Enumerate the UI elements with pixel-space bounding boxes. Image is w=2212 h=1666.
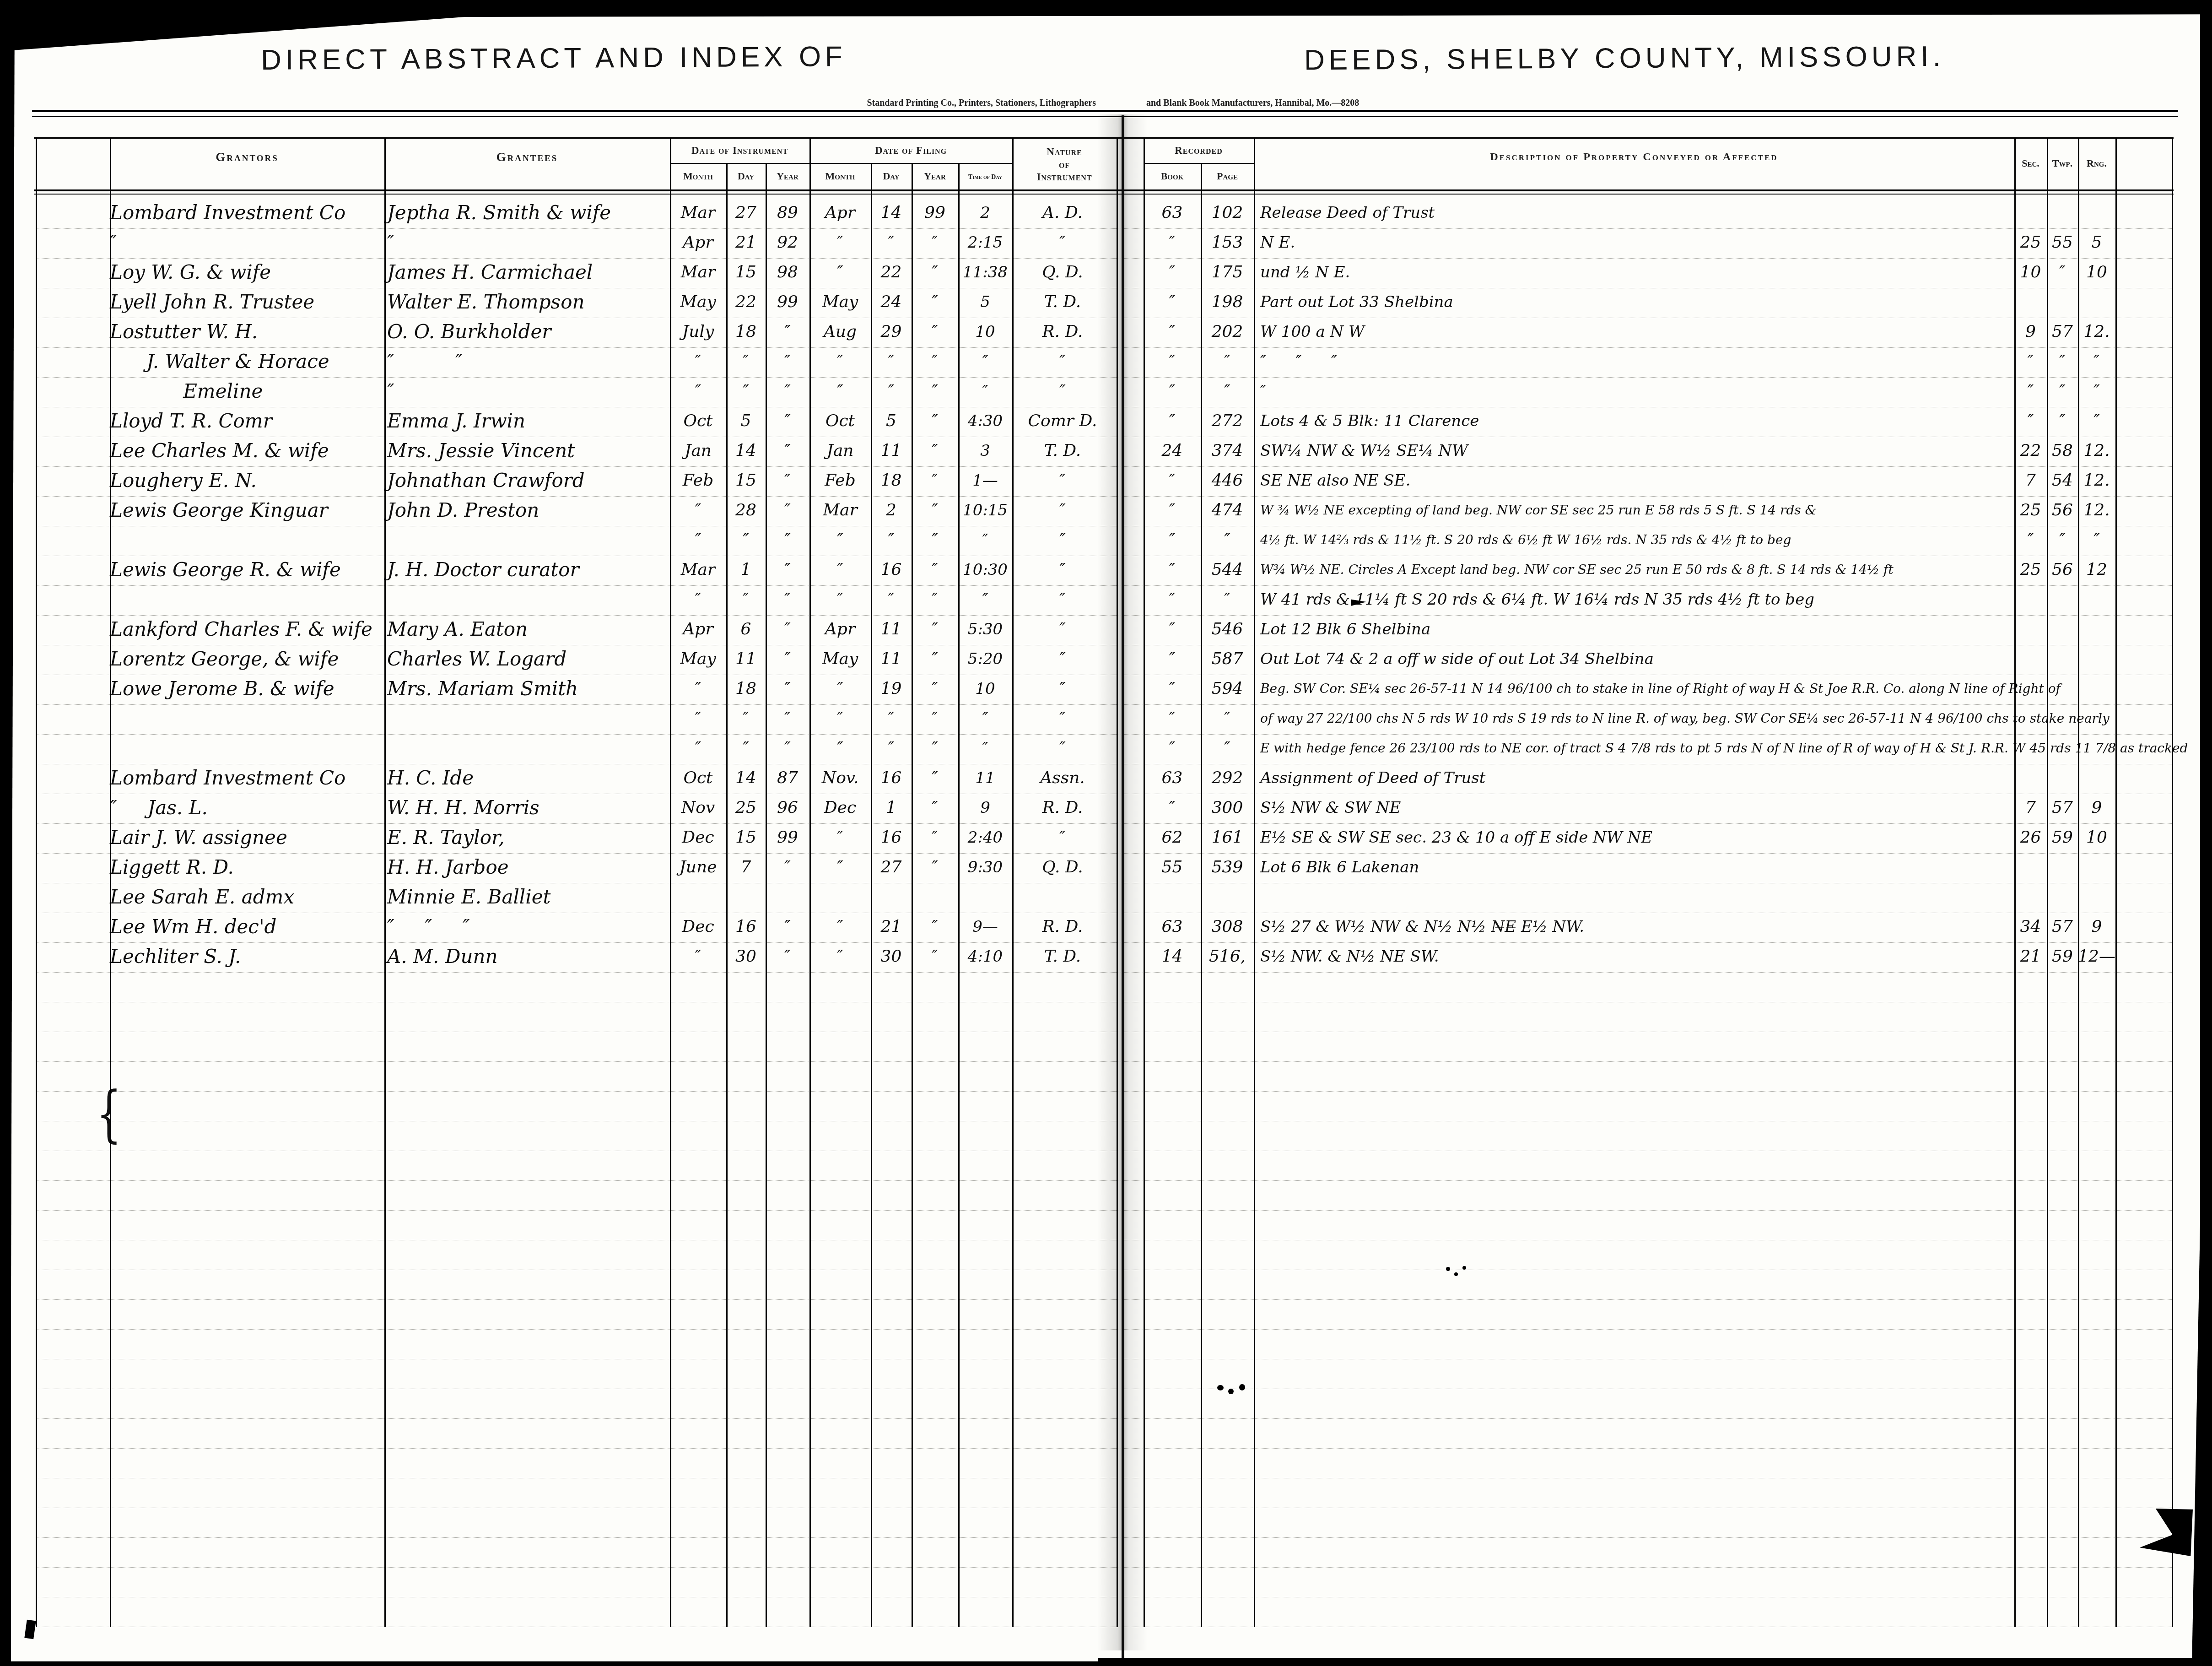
cell-df-day: 11 [871,616,912,645]
cell-di-month: ″ [670,526,726,556]
cell-rng: 9 [2078,794,2115,824]
cell-sec: 10 [2014,259,2047,288]
cell-rng [2078,735,2115,764]
cell-rng [2078,764,2115,794]
cell-grantee: Mrs. Jessie Vincent [387,437,668,467]
cell-df-month: Mar [809,497,871,526]
cell-di-day: 22 [726,288,766,318]
cell-grantor: ″ [110,229,384,259]
cell-grantee: W. H. H. Morris [387,794,668,824]
cell-page: 175 [1201,259,1254,288]
cell-desc: W 100 a N W [1260,318,2120,348]
cell-desc: E with hedge fence 26 23/100 rds to NE c… [1260,735,2120,764]
cell-desc: S½ 27 & W½ NW & N½ N½ N̶E̶ E½ NW. [1260,913,2120,943]
column-rule [958,163,960,1627]
cell-book: ″ [1144,318,1201,348]
cell-page [1201,883,1254,913]
cell-df-month: ″ [809,348,871,378]
cell-sec: ″ [2014,348,2047,378]
cell-grantee [387,705,668,735]
cell-grantee: Emma J. Irwin [387,407,668,437]
cell-df-month: ″ [809,526,871,556]
column-rule [871,163,872,1627]
cell-df-day: 14 [871,199,912,229]
cell-di-year: 89 [766,199,809,229]
cell-grantee: John D. Preston [387,497,668,526]
cell-df-day: 11 [871,645,912,675]
cell-di-day: 14 [726,437,766,467]
cell-grantor: Lowe Jerome B. & wife [110,675,384,705]
column-rule [2047,137,2048,1627]
cell-sec: 25 [2014,229,2047,259]
cell-twp: 57 [2047,794,2078,824]
cell-grantee: ″ [387,229,668,259]
cell-di-month: ″ [670,675,726,705]
cell-di-year: ″ [766,318,809,348]
cell-rng: 12. [2078,437,2115,467]
cell-df-month: ″ [809,259,871,288]
cell-grantor: Lee Charles M. & wife [110,437,384,467]
column-rule [726,163,728,1627]
cell-df-year: ″ [912,526,958,556]
scan-edge-bottom-right [1098,1658,2212,1666]
cell-df-day: 30 [871,943,912,973]
cell-desc: S½ NW. & N½ NE SW. [1260,943,2120,973]
cell-df-year: ″ [912,824,958,854]
cell-di-day: 18 [726,675,766,705]
cell-time: 9— [958,913,1012,943]
cell-di-day [726,883,766,913]
cell-df-month: Oct [809,407,871,437]
cell-sec [2014,288,2047,318]
cell-di-month: May [670,288,726,318]
cell-df-month: ″ [809,913,871,943]
cell-book: ″ [1144,407,1201,437]
cell-sec [2014,586,2047,616]
cell-di-day: 28 [726,497,766,526]
cell-page: 300 [1201,794,1254,824]
cell-di-month: ″ [670,497,726,526]
cell-rng [2078,616,2115,645]
cell-grantor: J. Walter & Horace [110,348,384,378]
cell-rng [2078,854,2115,883]
cell-di-day: 15 [726,259,766,288]
cell-book: ″ [1144,735,1201,764]
cell-di-year: ″ [766,378,809,407]
cell-page: 546 [1201,616,1254,645]
cell-di-month: ″ [670,735,726,764]
column-rule [2172,137,2173,1627]
cell-time: 11 [958,764,1012,794]
cell-di-year: 96 [766,794,809,824]
cell-grantor: Lechliter S. J. [110,943,384,973]
cell-twp: 57 [2047,318,2078,348]
cell-df-day: ″ [871,586,912,616]
cell-di-day: 14 [726,764,766,794]
col-header-df-month: Month [809,170,871,182]
cell-grantee: ″ ″ [387,348,668,378]
cell-df-day: 24 [871,288,912,318]
cell-page: ″ [1201,526,1254,556]
cell-df-year: ″ [912,288,958,318]
cell-di-month: Dec [670,913,726,943]
cell-twp: 59 [2047,943,2078,973]
cell-grantor: Lankford Charles F. & wife [110,616,384,645]
cell-rng: 5 [2078,229,2115,259]
cell-df-day: 11 [871,437,912,467]
cell-grantee: J. H. Doctor curator [387,556,668,586]
cell-desc: 4½ ft. W 14⅔ rds & 11½ ft. S 20 rds & 6½… [1260,526,2120,556]
printer-credit-left: Standard Printing Co., Printers, Station… [712,98,1096,108]
cell-rng: 10 [2078,259,2115,288]
cell-rng: 9 [2078,913,2115,943]
cell-df-year: ″ [912,586,958,616]
cell-time: ″ [958,586,1012,616]
col-header-twp: Twp. [2047,157,2078,169]
cell-df-month: Apr [809,616,871,645]
cell-grantor: Lostutter W. H. [110,318,384,348]
cell-time: 9:30 [958,854,1012,883]
cell-rng: 10 [2078,824,2115,854]
cell-grantee: ″ ″ ″ [387,913,668,943]
cell-book: ″ [1144,497,1201,526]
cell-rng: 12. [2078,467,2115,497]
cell-desc: Assignment of Deed of Trust [1260,764,2120,794]
cell-rng: 12. [2078,318,2115,348]
cell-rng [2078,288,2115,318]
cell-df-day: ″ [871,378,912,407]
cell-df-month: Feb [809,467,871,497]
cell-di-day: 18 [726,318,766,348]
column-rule [2014,137,2016,1627]
cell-grantor: Lewis George Kinguar [110,497,384,526]
cell-di-month: Dec [670,824,726,854]
cell-sec: 22 [2014,437,2047,467]
cell-time [958,883,1012,913]
cell-grantor: Loy W. G. & wife [110,259,384,288]
cell-df-day: ″ [871,526,912,556]
column-rule [1201,163,1202,1627]
cell-rng [2078,883,2115,913]
cell-df-year: ″ [912,556,958,586]
cell-df-month: May [809,288,871,318]
cell-sec [2014,883,2047,913]
book-gutter-line [1122,115,1124,1662]
cell-di-year: ″ [766,467,809,497]
scanned-deed-index-page: DIRECT ABSTRACT AND INDEX OF DEEDS, SHEL… [0,0,2212,1666]
cell-desc: E½ SE & SW SE sec. 23 & 10 a off E side … [1260,824,2120,854]
cell-di-day: ″ [726,348,766,378]
cell-page: 272 [1201,407,1254,437]
cell-sec [2014,616,2047,645]
column-rule [2078,137,2079,1627]
cell-grantee: Walter E. Thompson [387,288,668,318]
cell-book: 63 [1144,199,1201,229]
cell-twp [2047,675,2078,705]
cell-df-year: ″ [912,378,958,407]
column-rule [1012,137,1014,1627]
col-header-di-month: Month [670,170,726,182]
cell-di-month [670,883,726,913]
cell-time: 3 [958,437,1012,467]
cell-rng [2078,645,2115,675]
cell-book: ″ [1144,705,1201,735]
cell-df-month: ″ [809,854,871,883]
cell-twp [2047,883,2078,913]
cell-time: ″ [958,378,1012,407]
cell-desc: of way 27 22/100 chs N 5 rds W 10 rds S … [1260,705,2120,735]
cell-di-year: ″ [766,526,809,556]
cell-grantee: Mary A. Eaton [387,616,668,645]
page-title-left: DIRECT ABSTRACT AND INDEX OF [197,40,911,77]
cell-twp: ″ [2047,259,2078,288]
cell-book: ″ [1144,348,1201,378]
cell-di-year: 87 [766,764,809,794]
cell-di-month: ″ [670,378,726,407]
cell-book: 63 [1144,764,1201,794]
col-header-df-year: Year [912,170,958,182]
cell-page: 594 [1201,675,1254,705]
cell-di-day: 27 [726,199,766,229]
cell-df-day: ″ [871,705,912,735]
cell-df-day: ″ [871,229,912,259]
cell-rng: 12. [2078,497,2115,526]
cell-twp: 54 [2047,467,2078,497]
cell-df-year: ″ [912,675,958,705]
cell-desc: SW¼ NW & W½ SE¼ NW [1260,437,2120,467]
cell-twp: ″ [2047,407,2078,437]
cell-twp: 58 [2047,437,2078,467]
rule-recorded-sub [1144,163,1254,164]
cell-sec: 34 [2014,913,2047,943]
cell-df-day: 5 [871,407,912,437]
cell-di-year: 98 [766,259,809,288]
cell-grantor: Lee Wm H. dec'd [110,913,384,943]
cell-di-year: ″ [766,586,809,616]
column-rule [766,163,767,1627]
cell-rng: 12— [2078,943,2115,973]
cell-rng [2078,675,2115,705]
cell-grantor: Lombard Investment Co [110,199,384,229]
cell-book: 24 [1144,437,1201,467]
cell-desc: SE NE also NE SE. [1260,467,2120,497]
cell-di-month: Mar [670,259,726,288]
cell-di-day: ″ [726,705,766,735]
cell-df-month: Dec [809,794,871,824]
cell-book: ″ [1144,229,1201,259]
cell-time: 10 [958,318,1012,348]
cell-book: 55 [1144,854,1201,883]
scan-artifact-speck [1228,1389,1234,1394]
cell-twp: ″ [2047,348,2078,378]
cell-book: ″ [1144,556,1201,586]
cell-df-year: ″ [912,318,958,348]
cell-page: 516, [1201,943,1254,973]
rule-top-1 [32,110,2178,112]
cell-page: ″ [1201,378,1254,407]
cell-grantee: ″ [387,378,668,407]
cell-di-month: ″ [670,586,726,616]
cell-rng: ″ [2078,348,2115,378]
cell-page: 308 [1201,913,1254,943]
cell-df-year: ″ [912,943,958,973]
cell-grantor: Emeline [110,378,384,407]
column-rule [809,137,811,1627]
cell-di-day: 15 [726,824,766,854]
cell-grantee: H. H. Jarboe [387,854,668,883]
cell-sec [2014,645,2047,675]
cell-grantee: Charles W. Logard [387,645,668,675]
cell-di-year: 99 [766,288,809,318]
cell-book: ″ [1144,616,1201,645]
cell-page: 587 [1201,645,1254,675]
cell-di-year [766,883,809,913]
cell-page: 161 [1201,824,1254,854]
cell-sec: ″ [2014,378,2047,407]
cell-df-day [871,883,912,913]
cell-time: 2:40 [958,824,1012,854]
scan-artifact-speck [1454,1272,1458,1276]
cell-book: 62 [1144,824,1201,854]
cell-sec: 26 [2014,824,2047,854]
cell-twp: 56 [2047,556,2078,586]
cell-rng [2078,586,2115,616]
cell-df-month: Apr [809,199,871,229]
cell-di-month: July [670,318,726,348]
cell-page: 153 [1201,229,1254,259]
cell-page: 539 [1201,854,1254,883]
cell-desc: Part out Lot 33 Shelbina [1260,288,2120,318]
cell-page: ″ [1201,735,1254,764]
cell-desc: Lot 12 Blk 6 Shelbina [1260,616,2120,645]
cell-desc: W ¾ W½ NE excepting of land beg. NW cor … [1260,497,2120,526]
cell-page: 102 [1201,199,1254,229]
cell-time: 10:15 [958,497,1012,526]
cell-sec: 25 [2014,556,2047,586]
cell-di-year: ″ [766,497,809,526]
col-header-grantors: Grantors [110,150,384,164]
cell-grantor: ″ Jas. L. [110,794,384,824]
cell-desc: ″ [1260,378,2120,407]
cell-df-month: ″ [809,586,871,616]
cell-di-year: ″ [766,437,809,467]
cell-time: 5:20 [958,645,1012,675]
cell-di-month: ″ [670,348,726,378]
cell-df-year: ″ [912,497,958,526]
cell-df-year: ″ [912,407,958,437]
cell-desc: W¾ W½ NE. Circles A Except land beg. NW … [1260,556,2120,586]
cell-time: 5:30 [958,616,1012,645]
cell-df-year: ″ [912,794,958,824]
cell-df-month: ″ [809,229,871,259]
cell-di-month: ″ [670,943,726,973]
cell-grantor: Lombard Investment Co [110,764,384,794]
cell-desc: Release Deed of Trust [1260,199,2120,229]
cell-df-month: ″ [809,705,871,735]
cell-rng [2078,705,2115,735]
cell-di-year: ″ [766,705,809,735]
cell-df-year: ″ [912,735,958,764]
cell-page: 198 [1201,288,1254,318]
col-header-rng: Rng. [2078,157,2115,169]
cell-grantor: Lair J. W. assignee [110,824,384,854]
cell-grantee [387,526,668,556]
col-header-grantees: Grantees [384,150,670,164]
cell-time: 10:30 [958,556,1012,586]
col-header-recorded: Recorded [1144,145,1254,157]
cell-df-day: 22 [871,259,912,288]
cell-grantor: Loughery E. N. [110,467,384,497]
col-header-book: Book [1144,170,1201,182]
cell-time: 4:30 [958,407,1012,437]
col-header-date-of-instrument: Date of Instrument [670,145,809,157]
column-rule [2115,137,2117,1627]
cell-rng: ″ [2078,526,2115,556]
cell-di-day: ″ [726,526,766,556]
column-rule [670,137,671,1627]
col-header-di-day: Day [726,170,766,182]
cell-time: 4:10 [958,943,1012,973]
cell-di-year: ″ [766,556,809,586]
cell-di-month: Apr [670,616,726,645]
cell-di-month: Apr [670,229,726,259]
cell-book: ″ [1144,378,1201,407]
cell-sec: 21 [2014,943,2047,973]
cell-df-month: ″ [809,735,871,764]
cell-twp [2047,735,2078,764]
cell-page: ″ [1201,348,1254,378]
cell-sec [2014,735,2047,764]
cell-grantor [110,586,384,616]
cell-df-month: ″ [809,824,871,854]
cell-grantee: E. R. Taylor, [387,824,668,854]
cell-grantee: Minnie E. Balliet [387,883,668,913]
cell-di-month: Mar [670,556,726,586]
cell-twp: 55 [2047,229,2078,259]
cell-grantor [110,705,384,735]
cell-time: ″ [958,526,1012,556]
cell-sec: 7 [2014,467,2047,497]
cell-page: 474 [1201,497,1254,526]
cell-df-day: 16 [871,824,912,854]
cell-di-month: ″ [670,705,726,735]
col-header-description: Description of Property Conveyed or Affe… [1254,151,2014,163]
cell-di-year: ″ [766,645,809,675]
cell-df-month: Nov. [809,764,871,794]
cell-di-year: ″ [766,913,809,943]
cell-sec [2014,764,2047,794]
col-header-page: Page [1201,170,1254,182]
cell-time: 1— [958,467,1012,497]
col-header-sec: Sec. [2014,157,2047,169]
cell-twp [2047,764,2078,794]
cell-time: 9 [958,794,1012,824]
cell-twp [2047,616,2078,645]
cell-time: ″ [958,735,1012,764]
cell-df-month: ″ [809,378,871,407]
cell-df-day: 21 [871,913,912,943]
cell-di-month: Mar [670,199,726,229]
cell-sec [2014,675,2047,705]
rule-doi-sub [670,163,1012,164]
cell-di-day: 16 [726,913,766,943]
col-header-df-day: Day [871,170,912,182]
cell-df-year: ″ [912,229,958,259]
cell-sec: 9 [2014,318,2047,348]
cell-twp [2047,854,2078,883]
cell-grantee: Mrs. Mariam Smith [387,675,668,705]
cell-df-month: ″ [809,943,871,973]
